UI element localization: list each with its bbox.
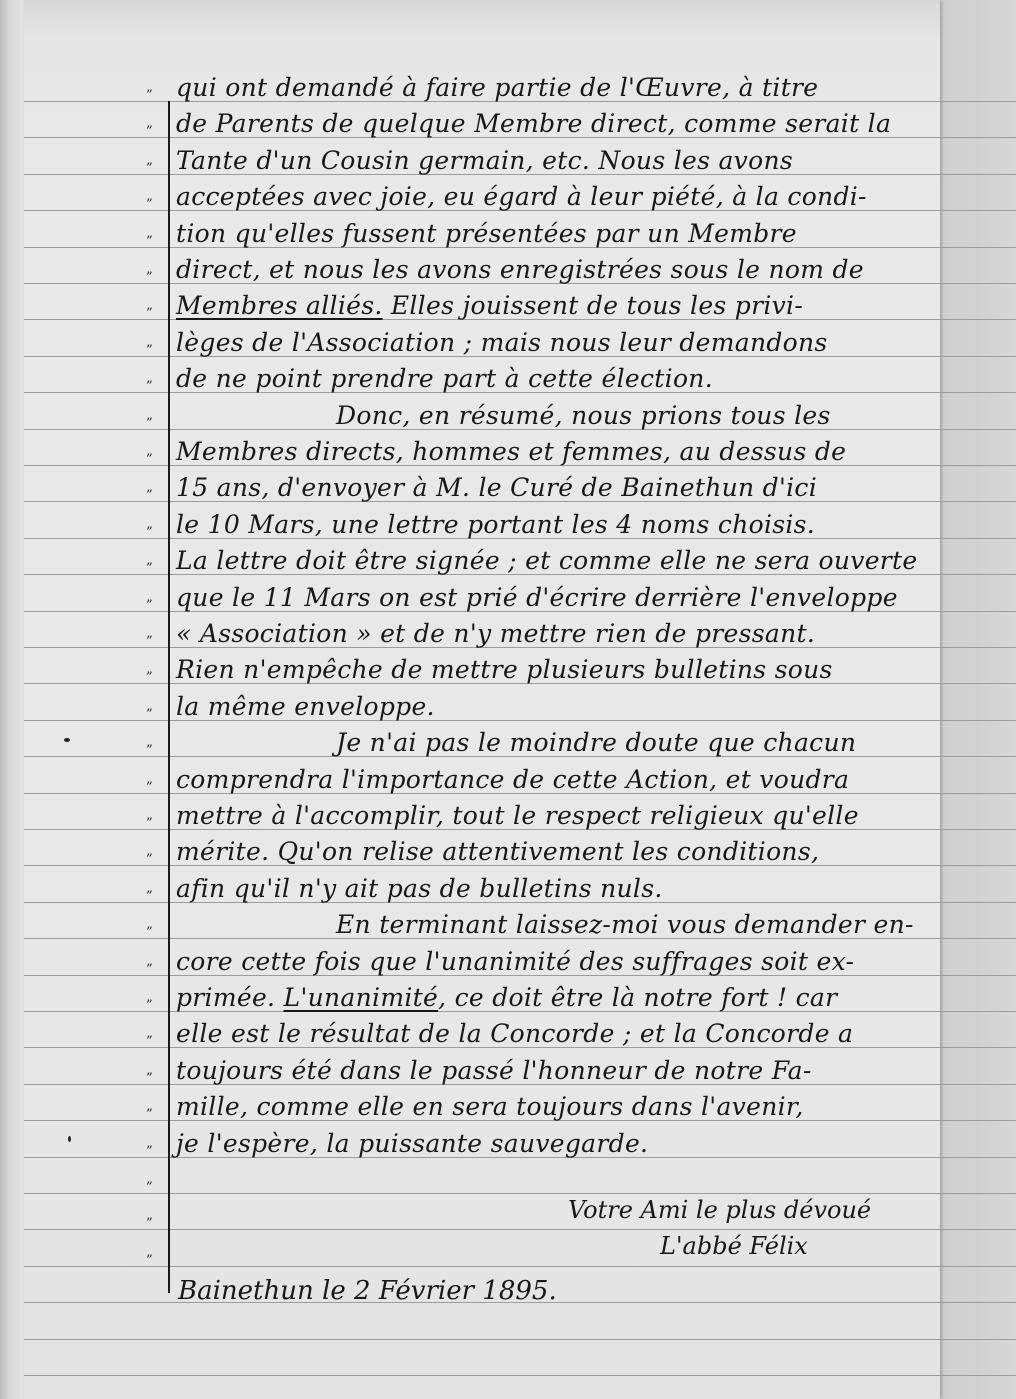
line-text: Je n'ai pas le moindre doute que chacun — [336, 728, 856, 757]
letter-line: de ne point prendre part à cette électio… — [176, 364, 906, 394]
line-text: elle est le résultat de la Concorde ; et… — [176, 1019, 853, 1048]
line-text: Membres directs, hommes et femmes, au de… — [176, 437, 846, 466]
ditto-mark: ” — [146, 162, 164, 175]
letter-line: je l'espère, la puissante sauvegarde. — [176, 1129, 906, 1159]
letter-line: Rien n'empêche de mettre plusieurs bulle… — [176, 655, 906, 685]
letter-line: afin qu'il n'y ait pas de bulletins nuls… — [176, 874, 906, 904]
line-text: qui ont demandé à faire partie de l'Œuvr… — [176, 73, 818, 102]
ruled-line — [24, 1229, 1016, 1230]
ditto-mark: ” — [146, 344, 164, 357]
ditto-mark: ” — [146, 417, 164, 430]
ditto-mark: ” — [146, 963, 164, 976]
line-text: je l'espère, la puissante sauvegarde. — [176, 1129, 648, 1158]
ruled-line — [24, 1339, 1016, 1340]
letter-line: de Parents de quelque Membre direct, com… — [176, 109, 906, 139]
letter-line: Membres directs, hommes et femmes, au de… — [176, 437, 906, 467]
ditto-mark: ” — [146, 1254, 164, 1267]
line-text: Elles jouissent de tous les privi- — [383, 291, 804, 320]
letter-line: core cette fois que l'unanimité des suff… — [176, 947, 906, 977]
letter-line: Membres alliés. Elles jouissent de tous … — [176, 291, 906, 321]
ditto-mark: ” — [146, 1072, 164, 1085]
line-text: afin qu'il n'y ait pas de bulletins nuls… — [176, 874, 663, 903]
letter-line: lèges de l'Association ; mais nous leur … — [176, 328, 906, 358]
place-and-date: Bainethun le 2 Février 1895. — [178, 1276, 557, 1306]
ditto-mark: ” — [146, 198, 164, 211]
letter-line: direct, et nous les avons enregistrées s… — [176, 255, 906, 285]
line-text: Donc, en résumé, nous prions tous les — [336, 401, 831, 430]
ditto-mark: ” — [146, 599, 164, 612]
ditto-mark: ” — [146, 1145, 164, 1158]
ditto-mark: ” — [146, 125, 164, 138]
letter-line: Je n'ai pas le moindre doute que chacun — [176, 728, 1016, 758]
line-text: mille, comme elle en sera toujours dans … — [176, 1092, 804, 1121]
ditto-mark: ” — [146, 380, 164, 393]
ditto-mark: ” — [146, 999, 164, 1012]
ink-speck — [68, 1136, 71, 1142]
ruled-line — [24, 1193, 1016, 1194]
line-text: le 10 Mars, une lettre portant les 4 nom… — [176, 510, 815, 539]
letter-line: mille, comme elle en sera toujours dans … — [176, 1092, 906, 1122]
closing-line: Votre Ami le plus dévoué — [568, 1196, 871, 1224]
scanned-page-background: ””””””””””””””””””””””””””””””””” qui on… — [0, 0, 1016, 1399]
signature: L'abbé Félix — [660, 1232, 808, 1260]
line-text: la même enveloppe. — [176, 692, 435, 721]
letter-line: La lettre doit être signée ; et comme el… — [176, 546, 906, 576]
letter-line: elle est le résultat de la Concorde ; et… — [176, 1019, 906, 1049]
letter-line: acceptées avec joie, eu égard à leur pié… — [176, 182, 906, 212]
line-text: core cette fois que l'unanimité des suff… — [176, 947, 854, 976]
letter-line: la même enveloppe. — [176, 692, 906, 722]
ditto-mark: ” — [146, 708, 164, 721]
ditto-mark: ” — [146, 853, 164, 866]
letter-line: Donc, en résumé, nous prions tous les — [176, 401, 1016, 431]
letter-line: le 10 Mars, une lettre portant les 4 nom… — [176, 510, 906, 540]
ditto-mark: ” — [146, 1217, 164, 1230]
ditto-mark: ” — [146, 635, 164, 648]
letter-line: tion qu'elles fussent présentées par un … — [176, 219, 906, 249]
line-text: direct, et nous les avons enregistrées s… — [176, 255, 864, 284]
line-text: La lettre doit être signée ; et comme el… — [176, 546, 918, 575]
line-text: En terminant laissez-moi vous demander e… — [336, 910, 914, 939]
ditto-mark: ” — [146, 526, 164, 539]
ditto-mark: ” — [146, 890, 164, 903]
line-text: tion qu'elles fussent présentées par un … — [176, 219, 797, 248]
ditto-mark: ” — [146, 1108, 164, 1121]
ditto-mark: ” — [146, 671, 164, 684]
line-text: de ne point prendre part à cette électio… — [176, 364, 713, 393]
underlined-text: Membres alliés. — [176, 291, 383, 320]
ditto-mark: ” — [146, 453, 164, 466]
line-text: acceptées avec joie, eu égard à leur pié… — [176, 182, 867, 211]
letter-line: « Association » et de n'y mettre rien de… — [176, 619, 906, 649]
line-text: , ce doit être là notre fort ! car — [438, 983, 837, 1012]
ditto-mark: ” — [146, 89, 164, 102]
letter-line: mérite. Qu'on relise attentivement les c… — [176, 837, 906, 867]
letter-line: qui ont demandé à faire partie de l'Œuvr… — [176, 73, 906, 103]
line-text: comprendra l'importance de cette Action,… — [176, 765, 849, 794]
ditto-mark: ” — [146, 235, 164, 248]
ditto-mark: ” — [146, 1035, 164, 1048]
letter-line: primée. L'unanimité, ce doit être là not… — [176, 983, 906, 1013]
margin-line — [168, 101, 170, 1293]
ditto-mark: ” — [146, 926, 164, 939]
line-text: primée. — [176, 983, 284, 1012]
line-text: mérite. Qu'on relise attentivement les c… — [176, 837, 819, 866]
line-text: « Association » et de n'y mettre rien de… — [176, 619, 815, 648]
ditto-mark: ” — [146, 271, 164, 284]
letter-line: En terminant laissez-moi vous demander e… — [176, 910, 1016, 940]
letter-line: Tante d'un Cousin germain, etc. Nous les… — [176, 146, 906, 176]
ruled-line — [24, 1375, 1016, 1376]
ditto-mark: ” — [146, 781, 164, 794]
line-text: mettre à l'accomplir, tout le respect re… — [176, 801, 859, 830]
line-text: lèges de l'Association ; mais nous leur … — [176, 328, 828, 357]
letter-line: comprendra l'importance de cette Action,… — [176, 765, 906, 795]
letter-line: toujours été dans le passé l'honneur de … — [176, 1056, 906, 1086]
ditto-mark: ” — [146, 817, 164, 830]
ditto-mark: ” — [146, 562, 164, 575]
line-text: Rien n'empêche de mettre plusieurs bulle… — [176, 655, 833, 684]
line-text: Tante d'un Cousin germain, etc. Nous les… — [176, 146, 793, 175]
letter-line: 15 ans, d'envoyer à M. le Curé de Bainet… — [176, 473, 906, 503]
letter-line: que le 11 Mars on est prié d'écrire derr… — [176, 583, 906, 613]
ditto-mark: ” — [146, 489, 164, 502]
letter-line: mettre à l'accomplir, tout le respect re… — [176, 801, 906, 831]
ditto-mark: ” — [146, 744, 164, 757]
ruled-line — [24, 1266, 1016, 1267]
line-text: 15 ans, d'envoyer à M. le Curé de Bainet… — [176, 473, 817, 502]
line-text: de Parents de quelque Membre direct, com… — [176, 109, 891, 138]
ink-speck — [64, 738, 70, 742]
ditto-mark: ” — [146, 1181, 164, 1194]
ditto-mark: ” — [146, 307, 164, 320]
line-text: toujours été dans le passé l'honneur de … — [176, 1056, 812, 1085]
underlined-text: L'unanimité — [284, 983, 439, 1012]
line-text: que le 11 Mars on est prié d'écrire derr… — [176, 583, 898, 612]
